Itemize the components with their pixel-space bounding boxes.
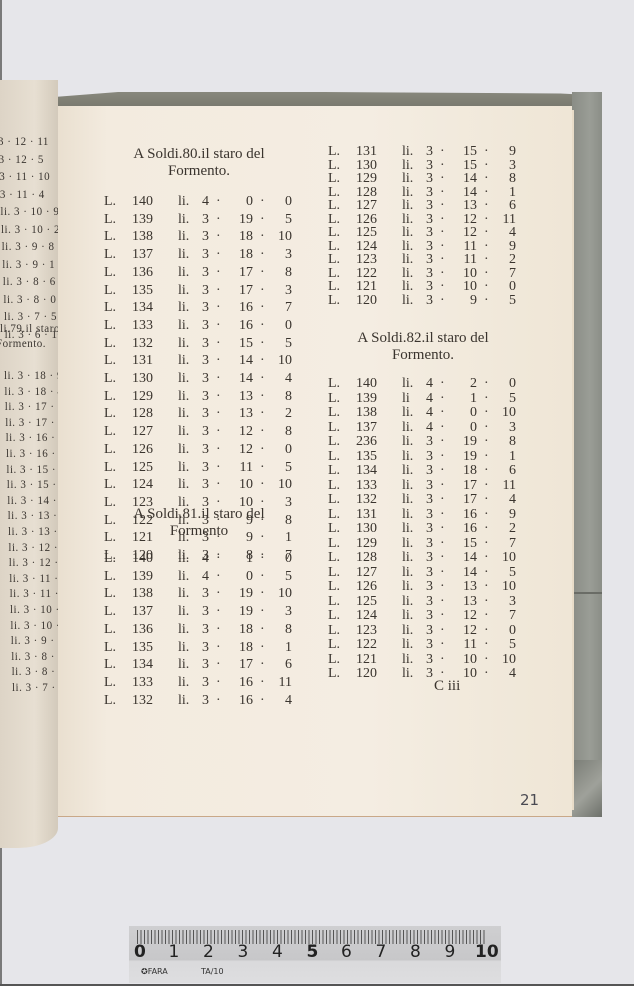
cell-n: 132	[132, 693, 153, 709]
separator-dot: ·	[216, 424, 221, 440]
left-page-line: li. 3 · 10 · 2	[1, 223, 58, 236]
cell-L: L.	[104, 389, 116, 405]
left-page-line: li. 3 · 15 · 9	[6, 463, 58, 476]
cell-n: 136	[132, 265, 153, 281]
cell-n: 137	[132, 604, 153, 620]
left-page-line: li. 3 · 14 · 8	[7, 494, 58, 507]
cell-n: 138	[132, 586, 153, 602]
wrapper-corner-fold	[572, 760, 602, 817]
cell-b: 19	[231, 212, 253, 228]
cell-li: li.	[178, 283, 189, 299]
separator-dot: ·	[260, 194, 265, 210]
cell-li: li.	[178, 442, 189, 458]
left-page-line: li. 3 · 9 · 1	[2, 258, 55, 271]
cell-a: 3	[202, 442, 209, 458]
cell-a: 4	[202, 194, 209, 210]
left-page-line: li. 3 · 9 · 5	[11, 635, 58, 648]
left-page-line: li. 3 · 12 · 3	[9, 557, 58, 570]
left-page-line: li. 3 · 8 · 11	[11, 650, 58, 663]
separator-dot: ·	[216, 477, 221, 493]
separator-dot: ·	[216, 265, 221, 281]
cell-c: 0	[270, 194, 292, 210]
left-page-line: li. 3 · 10 · 9	[0, 206, 58, 219]
cell-n: 120	[356, 293, 377, 309]
ruler-number: 2	[203, 942, 214, 962]
left-page-heading-2: Formento.	[0, 338, 46, 351]
cell-a: 3	[202, 657, 209, 673]
separator-dot: ·	[260, 229, 265, 245]
left-page-heading-1: li.79.il staro del	[0, 323, 58, 336]
cell-b: 18	[231, 247, 253, 263]
table-heading: A Soldi.82.il staro delFormento.	[318, 330, 528, 364]
cell-L: L.	[104, 371, 116, 387]
cell-b: 17	[231, 265, 253, 281]
cell-li: li.	[178, 353, 189, 369]
cell-a: 3	[202, 675, 209, 691]
cell-li: li.	[178, 460, 189, 476]
cell-n: 126	[132, 442, 153, 458]
separator-dot: ·	[216, 371, 221, 387]
cell-n: 140	[132, 551, 153, 567]
heading-line-2: Formento.	[318, 347, 528, 364]
separator-dot: ·	[260, 212, 265, 228]
separator-dot: ·	[260, 586, 265, 602]
separator-dot: ·	[216, 657, 221, 673]
cell-c: 0	[270, 442, 292, 458]
cell-b: 11	[231, 460, 253, 476]
cell-n: 135	[132, 283, 153, 299]
separator-dot: ·	[260, 336, 265, 352]
separator-dot: ·	[260, 693, 265, 709]
separator-dot: ·	[260, 406, 265, 422]
separator-dot: ·	[216, 194, 221, 210]
cell-a: 4	[202, 551, 209, 567]
signature-mark: C iii	[434, 678, 460, 695]
cell-li: li.	[178, 477, 189, 493]
separator-dot: ·	[260, 675, 265, 691]
cell-b: 1	[231, 551, 253, 567]
ruler-number: 9	[445, 942, 456, 962]
cell-c: 5	[270, 569, 292, 585]
cell-n: 137	[132, 247, 153, 263]
cell-L: L.	[104, 424, 116, 440]
cell-b: 16	[231, 693, 253, 709]
separator-dot: ·	[260, 247, 265, 263]
separator-dot: ·	[260, 389, 265, 405]
ruler-number: 1	[169, 942, 180, 962]
separator-dot: ·	[216, 353, 221, 369]
cell-n: 131	[132, 353, 153, 369]
cell-li: li.	[178, 371, 189, 387]
cell-c: 5	[270, 460, 292, 476]
cell-b: 15	[231, 336, 253, 352]
left-page-line: li. 3 · 7 · 5	[4, 311, 57, 324]
separator-dot: ·	[260, 371, 265, 387]
cell-L: L.	[104, 460, 116, 476]
cell-li: li.	[178, 640, 189, 656]
left-page-line: li. 3 · 10 · 0	[10, 619, 58, 632]
cell-L: L.	[104, 406, 116, 422]
cell-a: 3	[202, 300, 209, 316]
cell-li: li.	[178, 194, 189, 210]
heading-line-2: Formento.	[94, 163, 304, 180]
separator-dot: ·	[260, 442, 265, 458]
cell-c: 10	[270, 229, 292, 245]
cell-a: 3	[202, 212, 209, 228]
cell-c: 8	[270, 265, 292, 281]
cell-li: li.	[178, 406, 189, 422]
cell-L: L.	[104, 353, 116, 369]
separator-dot: ·	[216, 640, 221, 656]
left-page-line: li. 3 · 13 · 10	[8, 510, 58, 523]
cell-c: 10	[270, 353, 292, 369]
left-page-line: li. 3 · 7 · 9	[12, 682, 58, 695]
ruler-number: 3	[238, 942, 249, 962]
separator-dot: ·	[216, 247, 221, 263]
cell-a: 3	[202, 586, 209, 602]
left-page-line: li. 3 · 16 · 9	[6, 432, 58, 445]
separator-dot: ·	[260, 569, 265, 585]
ruler-model: TA/10	[201, 967, 224, 976]
separator-dot: ·	[260, 657, 265, 673]
ruler-number: 5	[307, 942, 319, 962]
left-page-line: li. 3 · 11 · 8	[9, 572, 58, 585]
separator-dot: ·	[216, 622, 221, 638]
left-page-line: li. 3 · 10 · 7	[10, 604, 58, 617]
cell-c: 5	[270, 336, 292, 352]
cell-L: L.	[104, 247, 116, 263]
separator-dot: ·	[260, 318, 265, 334]
cell-li: li.	[402, 293, 413, 309]
ruler-number: 4	[272, 942, 283, 962]
cell-a: 3	[202, 622, 209, 638]
cell-c: 1	[270, 640, 292, 656]
cell-b: 14	[231, 353, 253, 369]
heading-line-1: A Soldi.80.il staro del	[94, 146, 304, 163]
separator-dot: ·	[216, 318, 221, 334]
separator-dot: ·	[260, 604, 265, 620]
cell-a: 3	[426, 666, 433, 682]
heading-line-2: Formento	[94, 523, 304, 540]
separator-dot: ·	[216, 283, 221, 299]
wrapper-fold	[572, 592, 602, 594]
cell-c: 2	[270, 406, 292, 422]
cell-b: 17	[231, 283, 253, 299]
cell-c: 5	[494, 293, 516, 309]
cell-L: L.	[104, 283, 116, 299]
cell-L: L.	[104, 212, 116, 228]
separator-dot: ·	[216, 389, 221, 405]
cell-n: 138	[132, 229, 153, 245]
heading-line-1: A Soldi.82.il staro del	[318, 330, 528, 347]
left-page-line: li. 3 · 18 · 9	[4, 370, 58, 383]
cell-b: 12	[231, 442, 253, 458]
separator-dot: ·	[216, 586, 221, 602]
cell-L: L.	[104, 336, 116, 352]
cell-c: 0	[270, 318, 292, 334]
cell-b: 0	[231, 569, 253, 585]
cell-li: li.	[178, 693, 189, 709]
cell-c: 3	[270, 283, 292, 299]
separator-dot: ·	[216, 406, 221, 422]
separator-dot: ·	[216, 229, 221, 245]
separator-dot: ·	[216, 212, 221, 228]
cell-c: 8	[270, 389, 292, 405]
cell-n: 139	[132, 212, 153, 228]
cell-n: 127	[132, 424, 153, 440]
table-heading: A Soldi.80.il staro delFormento.	[94, 146, 304, 180]
separator-dot: ·	[216, 300, 221, 316]
cell-c: 4	[270, 693, 292, 709]
right-page: A Soldi.80.il staro delFormento.L.140li.…	[56, 106, 572, 816]
separator-dot: ·	[440, 293, 445, 309]
cell-b: 16	[231, 675, 253, 691]
cell-a: 3	[202, 371, 209, 387]
left-page-line: li. 3 · 8 · 6	[3, 276, 56, 289]
cell-L: L.	[104, 300, 116, 316]
left-page-line: li. 3 · 18 · 4	[4, 385, 58, 398]
cell-li: li.	[178, 336, 189, 352]
cell-L: L.	[104, 675, 116, 691]
cell-b: 13	[231, 406, 253, 422]
cell-n: 128	[132, 406, 153, 422]
cell-li: li.	[178, 247, 189, 263]
cell-n: 140	[132, 194, 153, 210]
cell-a: 3	[202, 406, 209, 422]
separator-dot: ·	[260, 353, 265, 369]
cell-li: li.	[178, 675, 189, 691]
cell-n: 124	[132, 477, 153, 493]
cell-c: 8	[270, 424, 292, 440]
cell-li: li.	[178, 265, 189, 281]
cell-L: L.	[328, 293, 340, 309]
separator-dot: ·	[216, 460, 221, 476]
cell-b: 18	[231, 229, 253, 245]
cell-c: 4	[270, 371, 292, 387]
cell-a: 3	[202, 604, 209, 620]
cell-L: L.	[104, 604, 116, 620]
cell-li: li.	[178, 586, 189, 602]
cell-a: 3	[202, 460, 209, 476]
cell-a: 4	[202, 569, 209, 585]
cell-L: L.	[104, 657, 116, 673]
cell-c: 8	[270, 622, 292, 638]
cell-n: 134	[132, 657, 153, 673]
cell-n: 120	[356, 666, 377, 682]
cell-a: 3	[202, 640, 209, 656]
separator-dot: ·	[216, 693, 221, 709]
cell-b: 16	[231, 318, 253, 334]
left-page-line: 3 · 12 · 11	[0, 136, 49, 149]
cell-b: 12	[231, 424, 253, 440]
separator-dot: ·	[260, 551, 265, 567]
cell-li: li.	[178, 424, 189, 440]
cell-a: 3	[202, 283, 209, 299]
cell-b: 18	[231, 640, 253, 656]
cell-a: 3	[202, 424, 209, 440]
cell-b: 10	[231, 477, 253, 493]
separator-dot: ·	[484, 293, 489, 309]
cell-a: 3	[202, 693, 209, 709]
cell-b: 0	[231, 194, 253, 210]
cell-a: 3	[202, 318, 209, 334]
cell-li: li.	[178, 657, 189, 673]
left-page-line: li. 3 · 13 · 4	[8, 526, 58, 539]
separator-dot: ·	[260, 622, 265, 638]
cell-c: 4	[494, 666, 516, 682]
separator-dot: ·	[484, 666, 489, 682]
cell-L: L.	[328, 666, 340, 682]
cell-L: L.	[104, 693, 116, 709]
cell-a: 3	[202, 477, 209, 493]
separator-dot: ·	[216, 551, 221, 567]
cell-L: L.	[104, 551, 116, 567]
cell-li: li.	[178, 622, 189, 638]
cell-c: 0	[270, 551, 292, 567]
cell-L: L.	[104, 318, 116, 334]
cell-L: L.	[104, 265, 116, 281]
left-page-line: 3 · 12 · 5	[0, 153, 44, 166]
cell-c: 5	[270, 212, 292, 228]
separator-dot: ·	[260, 424, 265, 440]
cell-n: 136	[132, 622, 153, 638]
cell-a: 3	[202, 229, 209, 245]
separator-dot: ·	[260, 265, 265, 281]
cell-c: 11	[270, 675, 292, 691]
cell-c: 10	[270, 586, 292, 602]
cell-b: 9	[455, 293, 477, 309]
cell-b: 19	[231, 604, 253, 620]
handwritten-folio-number: 21	[520, 791, 539, 809]
separator-dot: ·	[216, 675, 221, 691]
cell-a: 3	[202, 353, 209, 369]
left-page-line: li. 3 · 11 · 2	[10, 588, 58, 601]
ruler-number: 10	[475, 942, 499, 962]
cell-c: 6	[270, 657, 292, 673]
separator-dot: ·	[260, 640, 265, 656]
cell-a: 3	[426, 293, 433, 309]
left-page-line: li. 3 · 16 · 4	[6, 448, 58, 461]
separator-dot: ·	[260, 300, 265, 316]
left-page-line: li. 3 · 8 · 0	[3, 293, 56, 306]
table-heading: A Soldi.81.il staro delFormento	[94, 506, 304, 540]
separator-dot: ·	[216, 442, 221, 458]
cell-n: 134	[132, 300, 153, 316]
cell-li: li.	[402, 666, 413, 682]
separator-dot: ·	[216, 569, 221, 585]
cell-n: 133	[132, 318, 153, 334]
cell-L: L.	[104, 586, 116, 602]
cell-b: 17	[231, 657, 253, 673]
cell-li: li.	[178, 300, 189, 316]
left-page-fragment: 3 · 12 · 113 · 12 · 53 · 11 · 103 · 11 ·…	[0, 80, 58, 848]
cell-n: 135	[132, 640, 153, 656]
separator-dot: ·	[260, 477, 265, 493]
left-page-line: 3 · 11 · 10	[0, 171, 50, 184]
cell-L: L.	[104, 477, 116, 493]
scale-ruler: 012345678910 ✪FARA TA/10	[129, 926, 501, 983]
cell-c: 3	[270, 247, 292, 263]
cell-li: li.	[178, 212, 189, 228]
cell-b: 16	[231, 300, 253, 316]
cell-a: 3	[202, 389, 209, 405]
cell-n: 130	[132, 371, 153, 387]
left-page-line: li. 3 · 17 · 9	[5, 401, 58, 414]
cell-b: 18	[231, 622, 253, 638]
left-page-line: li. 3 · 8 · 4	[12, 666, 58, 679]
cell-c: 7	[270, 300, 292, 316]
separator-dot: ·	[216, 604, 221, 620]
cell-b: 19	[231, 586, 253, 602]
cell-n: 125	[132, 460, 153, 476]
cell-li: li.	[178, 604, 189, 620]
ruler-number: 0	[134, 942, 146, 962]
cell-li: li.	[178, 229, 189, 245]
separator-dot: ·	[260, 460, 265, 476]
left-page-line: li. 3 · 17 · 4	[5, 416, 58, 429]
separator-dot: ·	[216, 336, 221, 352]
cell-L: L.	[104, 640, 116, 656]
cell-n: 133	[132, 675, 153, 691]
cell-L: L.	[104, 229, 116, 245]
cell-L: L.	[104, 569, 116, 585]
cell-L: L.	[104, 622, 116, 638]
separator-dot: ·	[260, 283, 265, 299]
left-page-line: li. 3 · 9 · 8	[2, 241, 55, 254]
ruler-brand: ✪FARA	[141, 967, 168, 976]
cell-b: 13	[231, 389, 253, 405]
cell-n: 129	[132, 389, 153, 405]
left-page-line: li. 3 · 15 · 2	[7, 479, 58, 492]
wrapper-right-flap	[572, 92, 602, 817]
cell-c: 3	[270, 604, 292, 620]
heading-line-1: A Soldi.81.il staro del	[94, 506, 304, 523]
cell-L: L.	[104, 194, 116, 210]
cell-n: 132	[132, 336, 153, 352]
cell-a: 3	[202, 336, 209, 352]
left-page-line: li. 3 · 12 · 9	[8, 541, 58, 554]
ruler-number: 7	[376, 942, 387, 962]
cell-n: 139	[132, 569, 153, 585]
cell-b: 14	[231, 371, 253, 387]
cell-a: 3	[202, 247, 209, 263]
ruler-number: 8	[410, 942, 421, 962]
cell-li: li.	[178, 318, 189, 334]
cell-c: 10	[270, 477, 292, 493]
cell-li: li.	[178, 389, 189, 405]
cell-li: li.	[178, 551, 189, 567]
cell-a: 3	[202, 265, 209, 281]
cell-li: li.	[178, 569, 189, 585]
cell-L: L.	[104, 442, 116, 458]
left-page-line: 3 · 11 · 4	[0, 188, 45, 201]
ruler-number: 6	[341, 942, 352, 962]
